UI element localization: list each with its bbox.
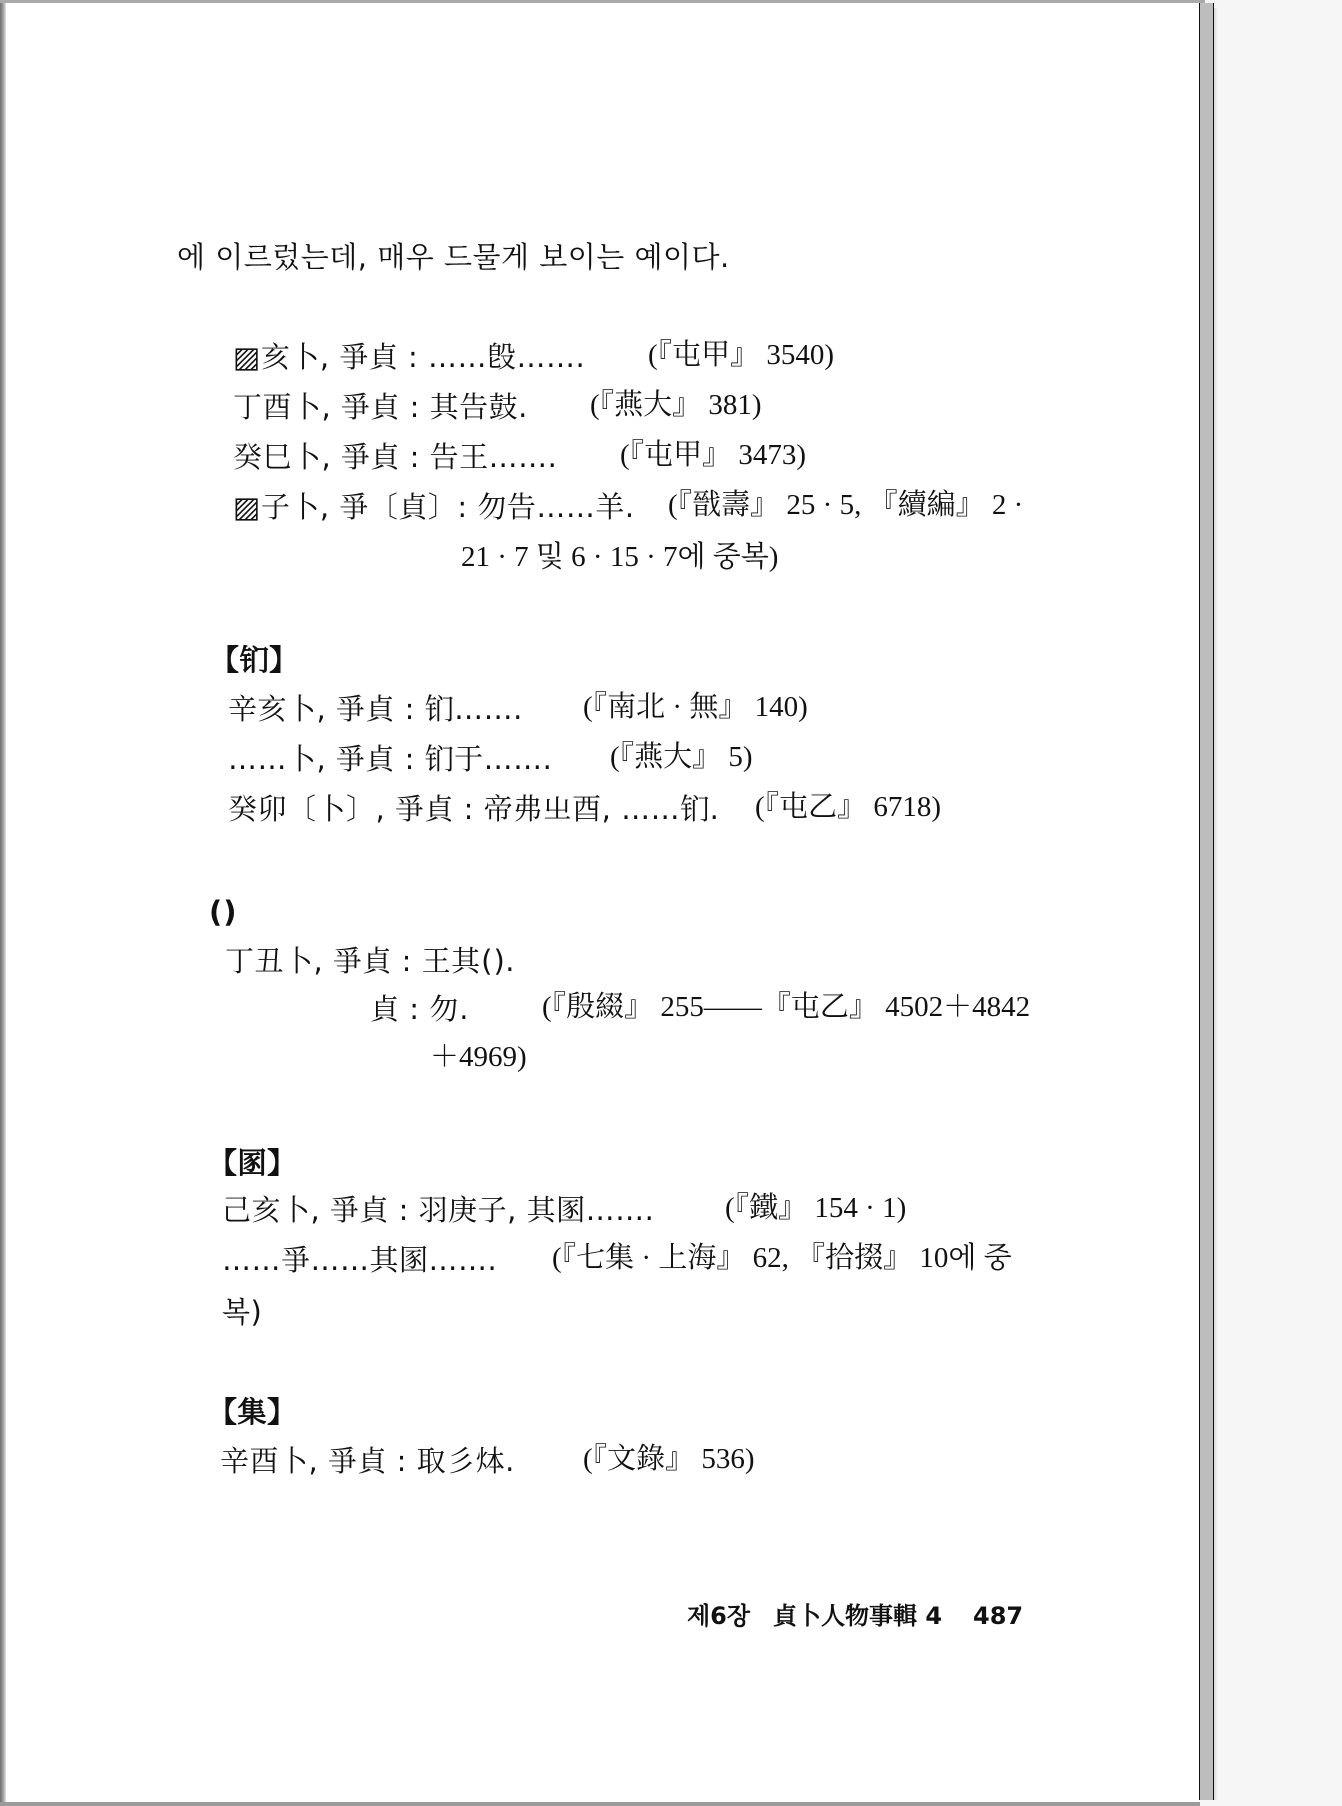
citation: (『七集 · 上海』 62, 『拾掇』 10에 중 — [552, 1241, 1012, 1275]
footer-chapter: 제6장 — [687, 1602, 750, 1630]
citation: (『鐵』 154 · 1) — [725, 1191, 906, 1225]
inscription-entry: ▨子卜, 爭〔貞〕: 勿告……羊. — [233, 490, 635, 524]
inscription-entry: 貞 : 勿𢦚. — [370, 992, 469, 1026]
inscription-entry: 辛亥卜, 爭貞 : 钔……. — [228, 692, 523, 726]
intro-paragraph-line: 에 이르렀는데, 매우 드물게 보이는 예이다. — [177, 240, 730, 274]
page-bottom-edge — [0, 1802, 1200, 1806]
citation: (『燕大』 5) — [610, 740, 753, 774]
inscription-entry: ……爭……其圂……. — [222, 1243, 497, 1277]
inscription-entry: 己亥卜, 爭貞 : 羽庚子, 其圂……. — [222, 1193, 654, 1227]
citation: (『殷綴』 255——『屯乙』 4502＋4842 — [542, 990, 1030, 1024]
citation-continuation: ＋4969) — [430, 1040, 527, 1074]
inscription-entry: 辛酉卜, 爭貞 : 取彡㶱. — [220, 1444, 515, 1478]
footer-title: 貞卜人物事輯 4 — [773, 1602, 942, 1630]
section-heading: 【集】 — [208, 1395, 297, 1429]
inscription-entry: 丁丑卜, 爭貞 : 王其𢦚(𨪓). — [225, 944, 515, 978]
citation: (『屯甲』 3473) — [620, 438, 806, 472]
inscription-entry: ……卜, 爭貞 : 钔于……. — [228, 742, 552, 776]
citation: (『文錄』 536) — [583, 1442, 755, 1476]
page-number: 487 — [973, 1602, 1023, 1630]
page-spine-edge — [1199, 3, 1214, 1800]
citation-continuation: 복) — [222, 1295, 262, 1329]
citation: (『屯甲』 3540) — [648, 338, 834, 372]
citation: (『燕大』 381) — [590, 388, 762, 422]
section-heading: 【𢦚(𨪓)】 — [208, 895, 238, 929]
inscription-entry: 癸巳卜, 爭貞 : 告王……. — [233, 440, 557, 474]
inscription-entry: 丁酉卜, 爭貞 : 其告鼓. — [233, 390, 528, 424]
spine-shadow — [1214, 8, 1218, 1800]
citation: (『戩壽』 25 · 5, 『續編』 2 · — [668, 488, 1023, 522]
inscription-entry: ▨亥卜, 爭貞 : ……𣪘……. — [233, 340, 585, 374]
citation-continuation: 21 · 7 및 6 · 15 · 7에 중복) — [461, 540, 778, 574]
section-heading: 【圂】 — [208, 1146, 297, 1180]
citation: (『南北 · 無』 140) — [583, 690, 808, 724]
inscription-entry: 癸卯〔卜〕, 爭貞 : 帝弗㞢酉, ……钔. — [228, 792, 719, 826]
section-heading: 【钔】 — [210, 643, 299, 677]
citation: (『屯乙』 6718) — [755, 790, 941, 824]
